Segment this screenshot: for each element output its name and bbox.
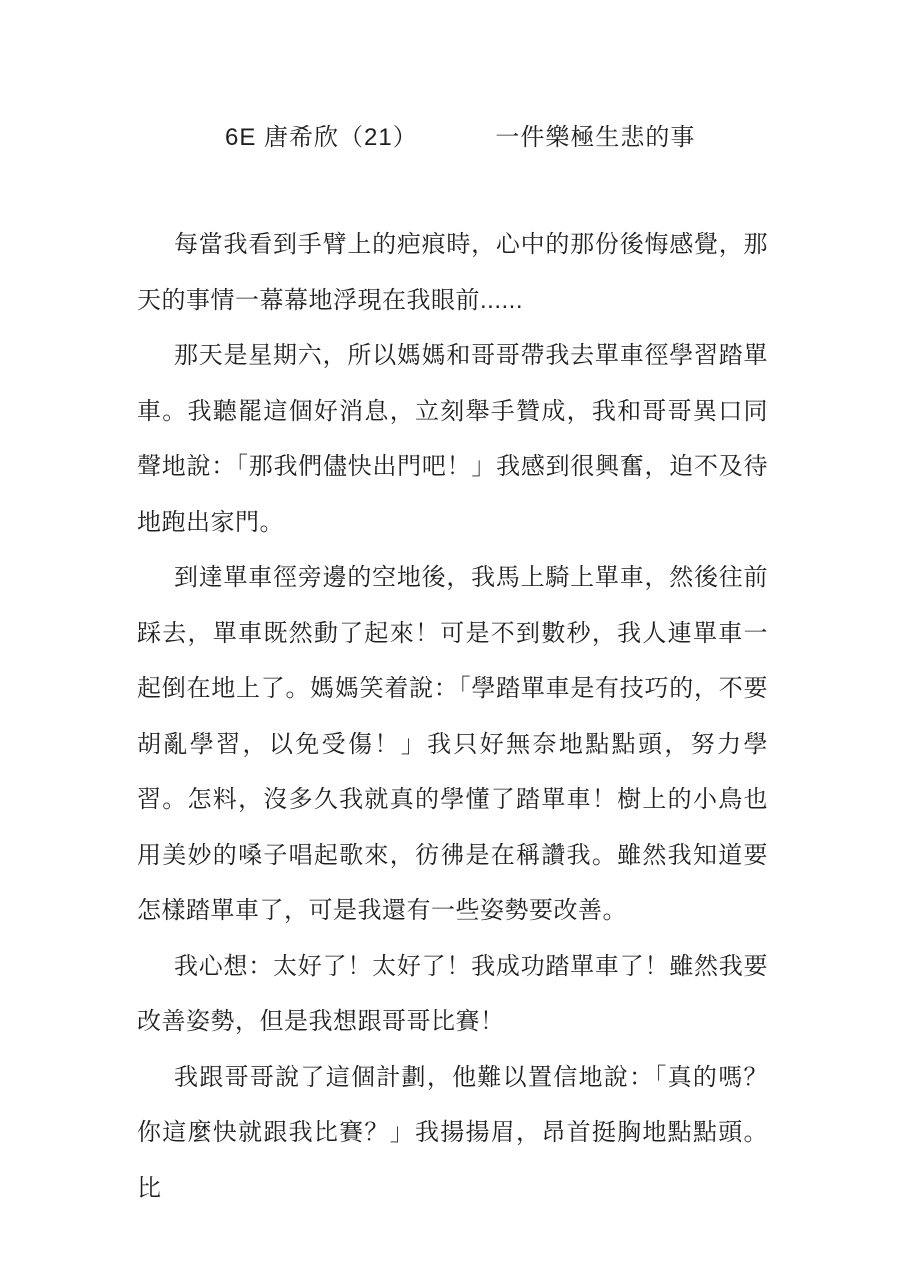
document-page: 6E 唐希欣（21） 一件樂極生悲的事 每當我看到手臂上的疤痕時，心中的那份後悔… <box>0 0 905 1280</box>
title-row: 6E 唐希欣（21） 一件樂極生悲的事 <box>137 122 768 154</box>
essay-paragraph-3: 到達單車徑旁邊的空地後，我馬上騎上單車，然後往前踩去，單車既然動了起來！可是不到… <box>137 550 768 939</box>
essay-title: 一件樂極生悲的事 <box>495 122 695 154</box>
essay-paragraph-4: 我心想：太好了！太好了！我成功踏單車了！雖然我要改善姿勢，但是我想跟哥哥比賽！ <box>137 939 768 1050</box>
essay-paragraph-2: 那天是星期六，所以媽媽和哥哥帶我去單車徑學習踏單車。我聽罷這個好消息，立刻舉手贊… <box>137 328 768 550</box>
essay-paragraph-5: 我跟哥哥說了這個計劃，他難以置信地說：「真的嗎？你這麼快就跟我比賽？」我揚揚眉，… <box>137 1050 768 1217</box>
student-info: 6E 唐希欣（21） <box>225 122 418 154</box>
essay-body: 每當我看到手臂上的疤痕時，心中的那份後悔感覺，那天的事情一幕幕地浮現在我眼前..… <box>137 217 768 1216</box>
essay-paragraph-1: 每當我看到手臂上的疤痕時，心中的那份後悔感覺，那天的事情一幕幕地浮現在我眼前..… <box>137 217 768 328</box>
